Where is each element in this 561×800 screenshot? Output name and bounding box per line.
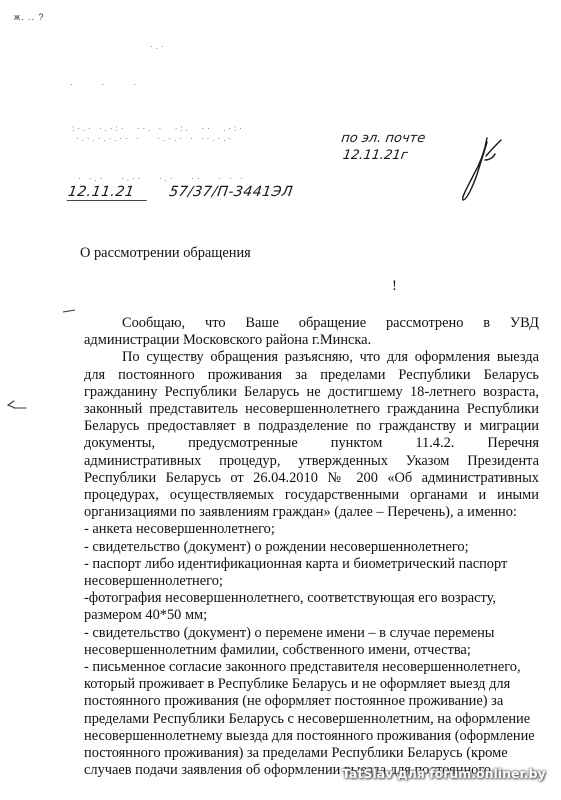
- list-item: - свидетельство (документ) о рождении не…: [84, 539, 539, 556]
- redacted-line: · ·.· ·.·· ·.· ·· · · ·: [78, 174, 246, 183]
- registration-date: 12.11.21: [67, 184, 150, 201]
- paragraph-2: По существу обращения разъясняю, что для…: [84, 349, 539, 521]
- signature-icon: [455, 136, 505, 202]
- redacted-dots: ·.·: [150, 42, 167, 51]
- paragraph-1: Сообщаю, что Ваше обращение рассмотрено …: [84, 315, 539, 349]
- corner-mark: ж. .. ?: [14, 12, 45, 22]
- letter-subject: О рассмотрении обращения: [80, 245, 251, 262]
- registration-line: 12.11.21 57/37/П-3441ЭЛ: [67, 184, 294, 200]
- list-item: - анкета несовершеннолетнего;: [84, 521, 539, 538]
- redacted-line: ·.·.·.·.·· · ·.·.· · ··.·.·: [76, 134, 234, 143]
- required-documents-list: - анкета несовершеннолетнего; - свидетел…: [84, 521, 539, 779]
- registration-number: 57/37/П-3441ЭЛ: [168, 184, 294, 200]
- list-item: - свидетельство (документ) о перемене им…: [84, 625, 539, 659]
- list-item: - письменное согласие законного представ…: [84, 659, 539, 779]
- margin-tick-icon: [62, 309, 76, 313]
- margin-arrow-icon: [6, 398, 28, 412]
- redacted-address-dots: · · ·: [70, 80, 139, 89]
- note-line-2: 12.11.21г: [338, 147, 424, 164]
- redacted-line: :·.· ·.·:· ··. · ·:. ·· .·:·: [72, 124, 245, 133]
- list-item: - паспорт либо идентификационная карта и…: [84, 556, 539, 590]
- list-item: -фотография несовершеннолетнего, соответ…: [84, 590, 539, 624]
- watermark: TatSlav для forum.onliner.by: [342, 766, 546, 781]
- handwritten-note: по эл. почте 12.11.21г: [338, 130, 427, 164]
- note-line-1: по эл. почте: [340, 130, 426, 147]
- salutation-mark: !: [392, 278, 397, 295]
- letter-body: Сообщаю, что Ваше обращение рассмотрено …: [84, 315, 539, 779]
